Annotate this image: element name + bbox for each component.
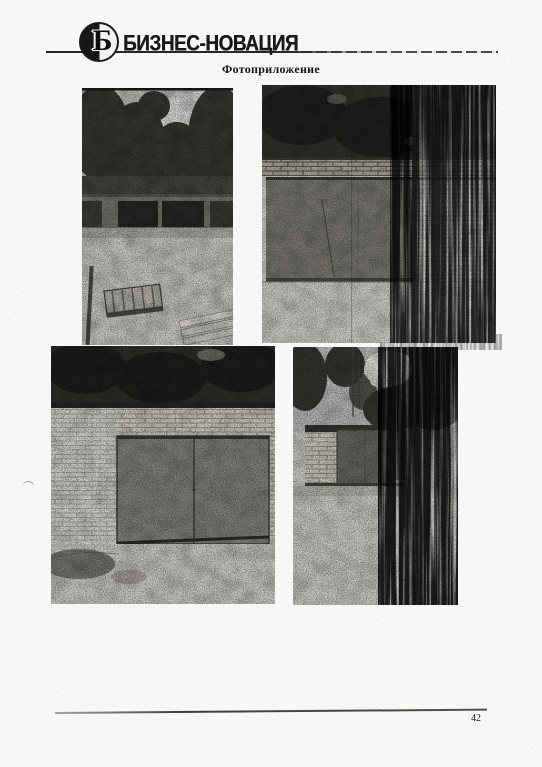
page-number: 42 [471,713,501,724]
photo-garage-gates [51,346,275,604]
document-page: Б БИЗНЕС-НОВАЦИЯ Фотоприложение [0,0,542,767]
logo-icon: Б [79,22,119,62]
pen-mark [22,480,35,487]
page-title: Фотоприложение [0,62,542,77]
photo-yard-pallet [82,88,233,345]
photo-garage-front [262,85,496,343]
photo-garage-corner [293,347,458,605]
footer-rule [55,709,487,714]
logo-letter: Б [93,26,113,56]
logo-text: БИЗНЕС-НОВАЦИЯ [123,30,298,57]
